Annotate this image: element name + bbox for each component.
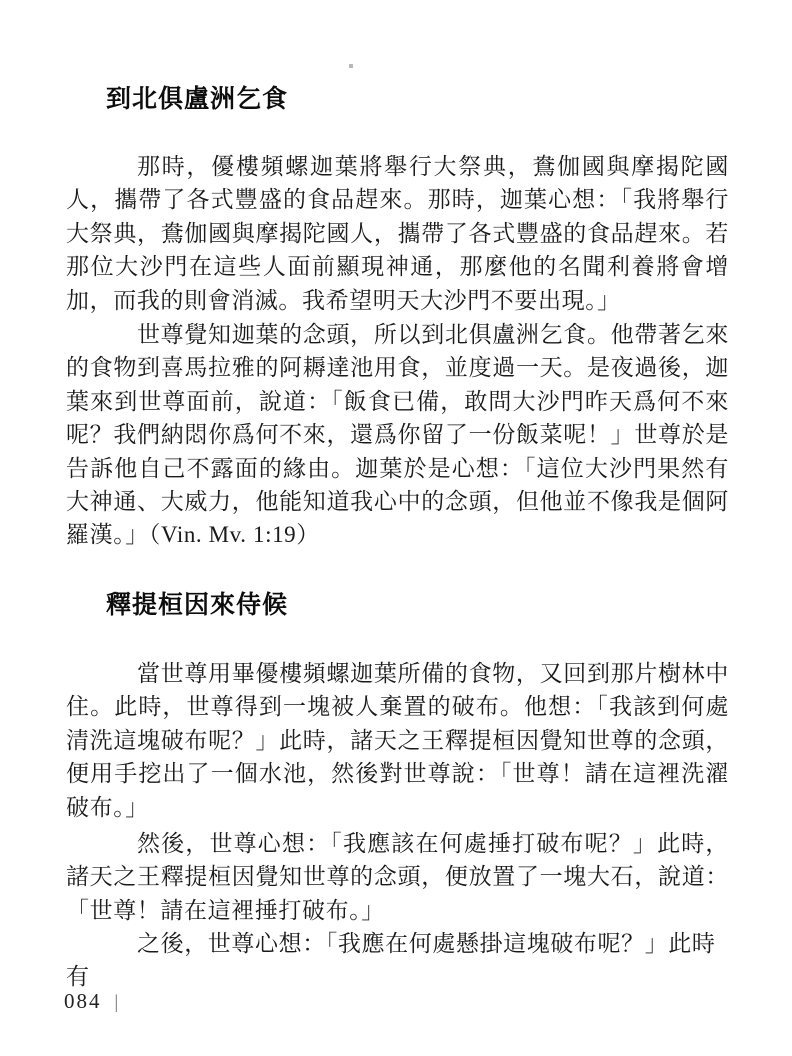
section-heading-alms-in-uttarakuru: 到北俱盧洲乞食 — [106, 87, 288, 112]
scan-artifact-speck — [349, 64, 353, 68]
body-paragraph: 那時，優樓頻螺迦葉將舉行大祭典，鴦伽國與摩揭陀國人，攜帶了各式豐盛的食品趕來。那… — [66, 150, 729, 317]
body-paragraph: 當世尊用畢優樓頻螺迦葉所備的食物，又回到那片樹林中住。此時，世尊得到一塊被人棄置… — [66, 657, 729, 824]
body-paragraph: 世尊覺知迦葉的念頭，所以到北俱盧洲乞食。他帶著乞來的食物到喜馬拉雅的阿耨達池用食… — [66, 318, 729, 552]
page-number-divider: | — [114, 992, 118, 1014]
page-number: 084 — [64, 989, 102, 1013]
page-footer: 084| — [64, 989, 119, 1014]
body-paragraph: 之後，世尊心想：「我應在何處懸掛這塊破布呢？」此時有 — [66, 927, 729, 994]
section-heading-sakka-attends: 釋提桓因來侍候 — [106, 593, 288, 618]
body-paragraph: 然後，世尊心想：「我應該在何處捶打破布呢？」此時，諸天之王釋提桓因覺知世尊的念頭… — [66, 827, 729, 927]
book-page: 到北俱盧洲乞食 那時，優樓頻螺迦葉將舉行大祭典，鴦伽國與摩揭陀國人，攜帶了各式豐… — [0, 0, 792, 1056]
